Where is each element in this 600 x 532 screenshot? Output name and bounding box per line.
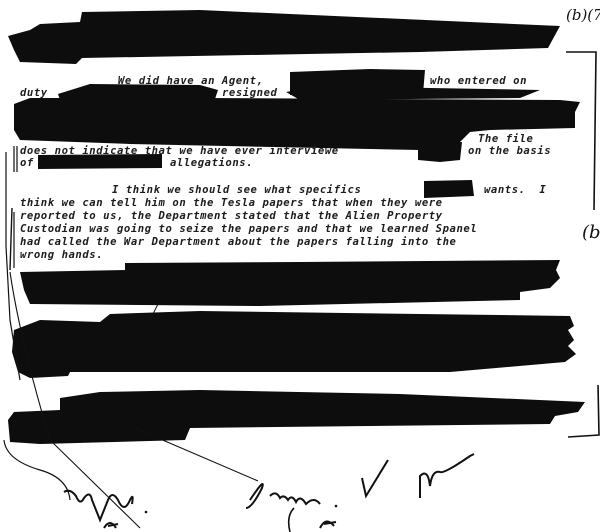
handwritten-v (362, 460, 388, 496)
text-line: I think we should see what specifics (112, 184, 361, 196)
redaction-block (20, 260, 560, 306)
text-line: who entered on (430, 75, 527, 87)
redaction-block (286, 86, 540, 100)
text-line: think we can tell him on the Tesla paper… (20, 197, 443, 209)
text-line: on the basis (468, 145, 551, 157)
handwritten-right (64, 491, 133, 520)
redaction-block (424, 180, 474, 198)
text-line: wrong hands. (20, 249, 103, 261)
text-line: The file (478, 133, 533, 145)
text-line: reported to us, the Department stated th… (20, 210, 443, 222)
annotation-line (4, 440, 70, 500)
handwritten-initial (104, 523, 118, 528)
text-line: Custodian was going to seize the papers … (20, 223, 477, 235)
exemption-note: (b)( (582, 222, 600, 243)
margin-bracket (566, 52, 596, 210)
redaction-block (8, 390, 585, 444)
text-line: wants. I (484, 184, 546, 196)
text-line: does not indicate that we have ever inte… (20, 145, 339, 157)
redaction-block (8, 10, 560, 64)
text-line: of (20, 157, 34, 169)
annotation-line (130, 426, 258, 481)
handwritten-i-agree (246, 484, 320, 508)
text-line: resigned (222, 87, 277, 99)
text-line: allegations. (170, 157, 253, 169)
handwritten-m (420, 454, 474, 498)
redaction-block (12, 311, 576, 378)
exemption-note: (b)(7) (566, 6, 600, 24)
handwritten-initial (320, 521, 336, 528)
handwritten-loop (289, 508, 294, 532)
text-line: duty (20, 87, 48, 99)
redaction-block (418, 142, 462, 162)
text-line: had called the War Department about the … (20, 236, 456, 248)
document-page: We did have an Agent, who entered on dut… (0, 0, 600, 532)
margin-line (10, 208, 12, 270)
text-line: We did have an Agent, (118, 75, 264, 87)
